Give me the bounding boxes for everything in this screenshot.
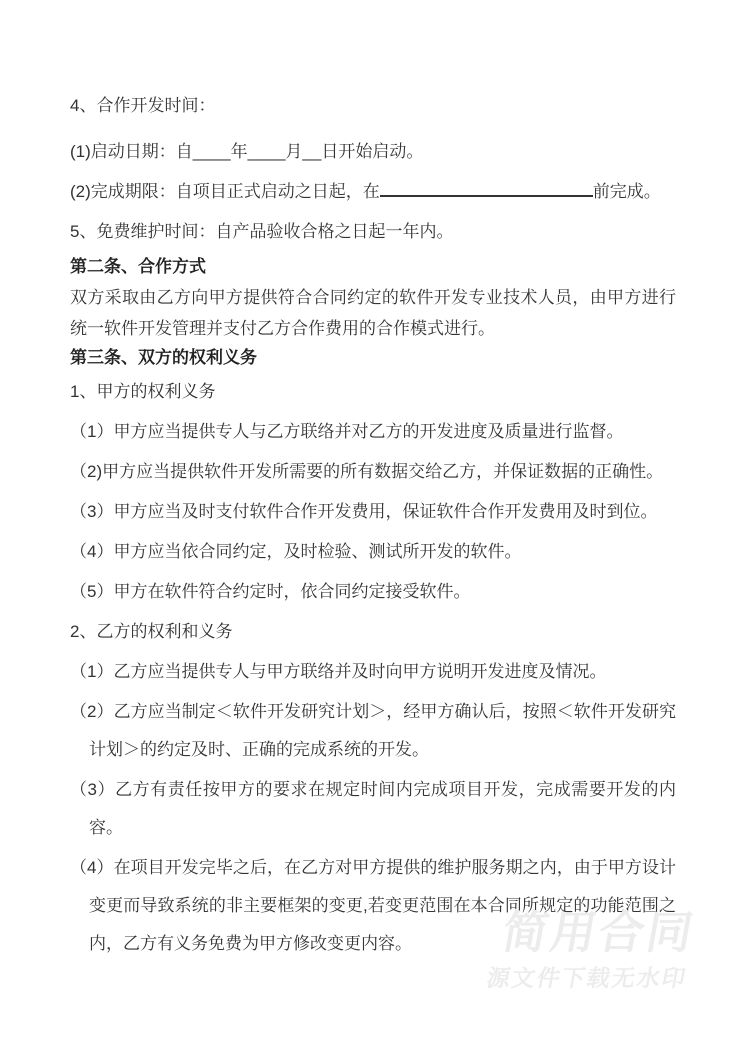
contract-body: 4、合作开发时间： (1)启动日期：自____年____月__日开始启动。 (2… [70,87,676,965]
party-a-item-1: （1）甲方应当提供专人与乙方联络并对乙方的开发进度及质量进行监督。 [70,413,676,451]
clause-4-completion-deadline: (2)完成期限：自项目正式启动之日起，在前完成。 [70,173,676,211]
party-a-item-3: （3）甲方应当及时支付软件合作开发费用，保证软件合作开发费用及时到位。 [70,493,676,531]
party-b-item-1: （1）乙方应当提供专人与甲方联络并及时向甲方说明开发进度及情况。 [70,653,676,691]
article-3-heading: 第三条、双方的权利义务 [70,344,676,371]
party-a-rights-title: 1、甲方的权利义务 [70,373,676,411]
party-b-item-2: （2）乙方应当制定＜软件开发研究计划＞，经甲方确认后，按照＜软件开发研究计划＞的… [70,693,676,769]
party-a-item-2: （2)甲方应当提供软件开发所需要的所有数据交给乙方，并保证数据的正确性。 [70,453,676,491]
fill-in-blank-underline [380,176,593,197]
clause-4-dev-time-title: 4、合作开发时间： [70,87,676,125]
party-a-item-5: （5）甲方在软件符合约定时，依合同约定接受软件。 [70,573,676,611]
party-a-item-4: （4）甲方应当依合同约定，及时检验、测试所开发的软件。 [70,533,676,571]
article-2-body: 双方采取由乙方向甲方提供符合合同约定的软件开发专业技术人员，由甲方进行统一软件开… [70,282,676,344]
watermark-brand-text: 简用合同 [491,908,700,958]
watermark-tagline-text: 源文件下载无水印 [485,964,690,992]
clause-5-free-maintenance: 5、免费维护时间：自产品验收合格之日起一年内。 [70,213,676,251]
clause-4-start-date: (1)启动日期：自____年____月__日开始启动。 [70,133,676,171]
party-b-item-3: （3）乙方有责任按甲方的要求在规定时间内完成项目开发，完成需要开发的内容。 [70,771,676,847]
contract-document-page: 4、合作开发时间： (1)启动日期：自____年____月__日开始启动。 (2… [0,0,742,1049]
deadline-text-suffix: 前完成。 [593,182,661,201]
deadline-text-prefix: (2)完成期限：自项目正式启动之日起，在 [70,182,380,201]
site-watermark: 简用合同 源文件下载无水印 [485,908,700,992]
party-b-rights-title: 2、乙方的权利和义务 [70,613,676,651]
article-2-heading: 第二条、合作方式 [70,253,676,280]
